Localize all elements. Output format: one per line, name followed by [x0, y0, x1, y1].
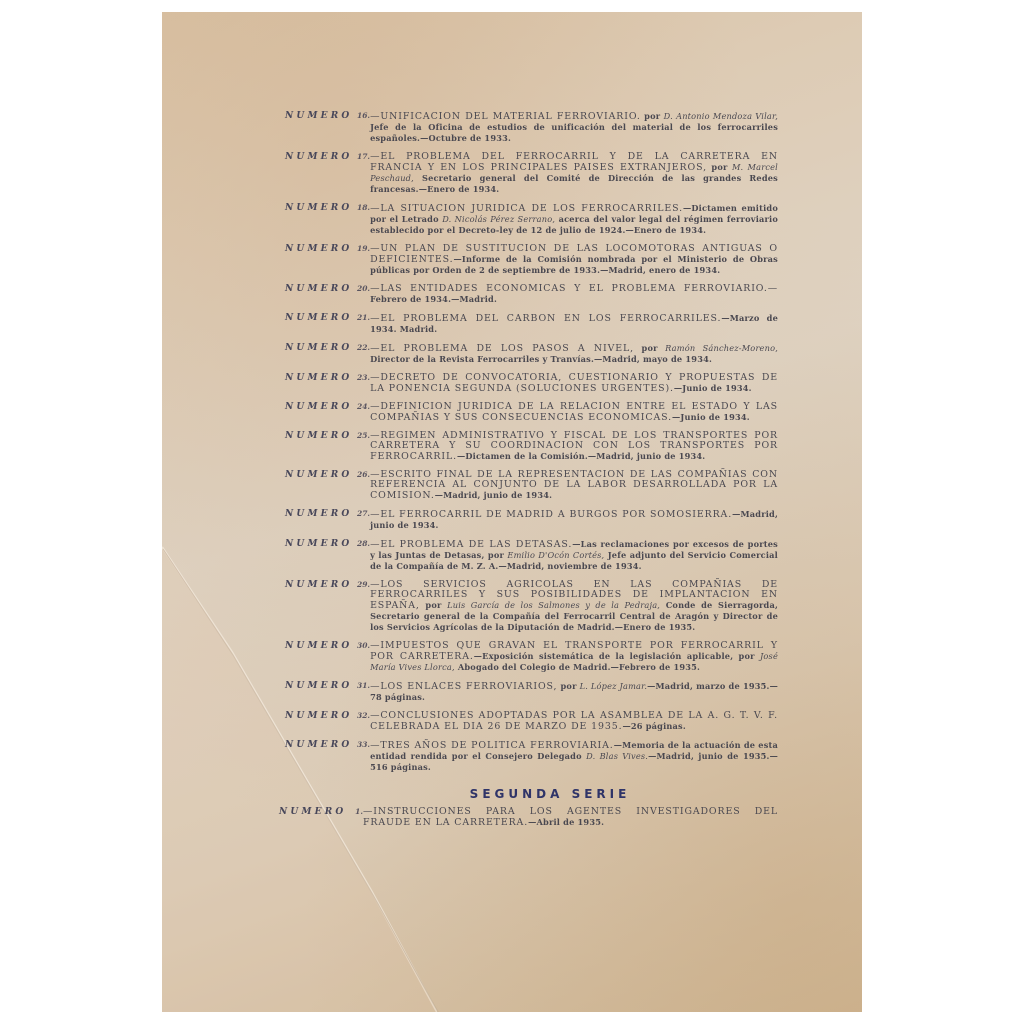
- entry-title: —CONCLUSIONES ADOPTADAS POR LA ASAMBLEA …: [370, 710, 778, 732]
- first-series-entries: NUMERO16.—UNIFICACION DEL MATERIAL FERRO…: [282, 111, 778, 773]
- entry-text: —LA SITUACION JURIDICA DE LOS FERROCARRI…: [370, 203, 778, 236]
- entry-number: 22.: [357, 343, 370, 353]
- entry-text: —LOS ENLACES FERROVIARIOS, por L. López …: [370, 681, 778, 703]
- entry-author: Emilio D'Ocón Cortés,: [507, 550, 604, 560]
- entry-text: —EL PROBLEMA DEL FERROCARRIL Y DE LA CAR…: [370, 152, 778, 195]
- publication-entry: NUMERO22.—EL PROBLEMA DE LOS PASOS A NIV…: [282, 343, 778, 365]
- entry-series-label: NUMERO: [276, 807, 351, 817]
- entry-details: por Luis García de los Salmones y de la …: [370, 600, 778, 632]
- publication-entry: NUMERO31.—LOS ENLACES FERROVIARIOS, por …: [282, 681, 778, 703]
- publication-list: NUMERO16.—UNIFICACION DEL MATERIAL FERRO…: [282, 111, 778, 836]
- entry-number: 28.: [357, 539, 370, 549]
- entry-number: 21.: [357, 313, 370, 323]
- entry-series-label: NUMERO: [282, 111, 357, 121]
- entry-series-label: NUMERO: [282, 539, 357, 549]
- entry-text: —REGIMEN ADMINISTRATIVO Y FISCAL DE LOS …: [370, 431, 778, 462]
- entry-series-label: NUMERO: [282, 470, 357, 480]
- entry-details-prefix: por: [420, 600, 447, 610]
- entry-details-suffix: Director de la Revista Ferrocarriles y T…: [370, 354, 712, 364]
- entry-series-label: NUMERO: [282, 580, 357, 590]
- entry-details: —Junio de 1934.: [674, 383, 752, 393]
- entry-series-label: NUMERO: [282, 641, 357, 651]
- entry-details-suffix: —Junio de 1934.: [674, 383, 752, 393]
- publication-entry: NUMERO32.—CONCLUSIONES ADOPTADAS POR LA …: [282, 711, 778, 732]
- entry-details: —Madrid, junio de 1934.: [435, 490, 552, 500]
- entry-series-label: NUMERO: [282, 284, 357, 294]
- entry-details: —Junio de 1934.: [672, 412, 750, 422]
- entry-number: 18.: [357, 203, 370, 213]
- entry-details-suffix: —Dictamen de la Comisión.—Madrid, junio …: [457, 451, 705, 461]
- entry-number: 27.: [357, 509, 370, 519]
- publication-entry: NUMERO27.—EL FERROCARRIL DE MADRID A BUR…: [282, 509, 778, 531]
- entry-title: —LA SITUACION JURIDICA DE LOS FERROCARRI…: [370, 203, 683, 214]
- entry-text: —CONCLUSIONES ADOPTADAS POR LA ASAMBLEA …: [370, 711, 778, 732]
- entry-details-prefix: —Exposición sistemática de la legislació…: [474, 651, 760, 661]
- entry-details-suffix: Febrero de 1934.—Madrid.: [370, 294, 497, 304]
- entry-details: —26 páginas.: [623, 721, 686, 731]
- entry-author: Ramón Sánchez-Moreno,: [665, 343, 778, 353]
- entry-title: —LOS ENLACES FERROVIARIOS,: [370, 681, 557, 692]
- entry-details: Febrero de 1934.—Madrid.: [370, 294, 497, 304]
- entry-series-label: NUMERO: [282, 343, 357, 353]
- entry-title: —UNIFICACION DEL MATERIAL FERROVIARIO.: [370, 111, 641, 122]
- publication-entry: NUMERO24.—DEFINICION JURIDICA DE LA RELA…: [282, 402, 778, 423]
- entry-details-suffix: Jefe de la Oficina de estudios de unific…: [370, 122, 778, 143]
- entry-number: 26.: [357, 470, 370, 480]
- entry-title: —ESCRITO FINAL DE LA REPRESENTACION DE L…: [370, 469, 778, 501]
- entry-series-label: NUMERO: [282, 373, 357, 383]
- entry-number: 19.: [357, 244, 370, 254]
- entry-details: —Abril de 1935.: [528, 817, 604, 827]
- entry-details-suffix: —26 páginas.: [623, 721, 686, 731]
- entry-details-suffix: Secretario general del Comité de Direcci…: [370, 173, 778, 194]
- entry-text: —INSTRUCCIONES PARA LOS AGENTES INVESTIG…: [363, 807, 778, 828]
- entry-title: —EL FERROCARRIL DE MADRID A BURGOS POR S…: [370, 509, 732, 520]
- publication-entry: NUMERO20.—LAS ENTIDADES ECONOMICAS Y EL …: [282, 284, 778, 305]
- publication-entry: NUMERO28.—EL PROBLEMA DE LAS DETASAS.—La…: [282, 539, 778, 572]
- entry-details-suffix: —Junio de 1934.: [672, 412, 750, 422]
- entry-text: —EL PROBLEMA DE LAS DETASAS.—Las reclama…: [370, 539, 778, 572]
- entry-number: 29.: [357, 580, 370, 590]
- entry-text: —ESCRITO FINAL DE LA REPRESENTACION DE L…: [370, 470, 778, 501]
- entry-details-prefix: por: [557, 681, 579, 691]
- entry-author: L. López Jamar.: [580, 681, 647, 691]
- entry-series-label: NUMERO: [282, 431, 357, 441]
- publication-entry: NUMERO30.—IMPUESTOS QUE GRAVAN EL TRANSP…: [282, 641, 778, 673]
- entry-text: —EL FERROCARRIL DE MADRID A BURGOS POR S…: [370, 509, 778, 531]
- entry-details-prefix: por: [641, 111, 664, 121]
- entry-number: 17.: [357, 152, 370, 162]
- entry-number: 24.: [357, 402, 370, 412]
- entry-details-prefix: por: [707, 162, 732, 172]
- entry-number: 1.: [351, 807, 363, 817]
- entry-text: —LAS ENTIDADES ECONOMICAS Y EL PROBLEMA …: [370, 284, 778, 305]
- entry-title: —EL PROBLEMA DE LOS PASOS A NIVEL,: [370, 343, 634, 354]
- entry-text: —DEFINICION JURIDICA DE LA RELACION ENTR…: [370, 402, 778, 423]
- entry-details-suffix: —Abril de 1935.: [528, 817, 604, 827]
- entry-details: —Dictamen de la Comisión.—Madrid, junio …: [457, 451, 705, 461]
- publication-entry: NUMERO21.—EL PROBLEMA DEL CARBON EN LOS …: [282, 313, 778, 335]
- publication-entry: NUMERO26.—ESCRITO FINAL DE LA REPRESENTA…: [282, 470, 778, 501]
- entry-series-label: NUMERO: [282, 509, 357, 519]
- publication-entry: NUMERO23.—DECRETO DE CONVOCATORIA, CUEST…: [282, 373, 778, 394]
- entry-text: —IMPUESTOS QUE GRAVAN EL TRANSPORTE POR …: [370, 641, 778, 673]
- entry-details-suffix: Abogado del Colegio de Madrid.—Febrero d…: [455, 662, 700, 672]
- entry-author: D. Blas Vives.: [586, 751, 648, 761]
- publication-entry: NUMERO1.—INSTRUCCIONES PARA LOS AGENTES …: [276, 807, 778, 828]
- entry-number: 31.: [357, 681, 370, 691]
- entry-author: D. Nicolás Pérez Serrano,: [442, 214, 555, 224]
- entry-number: 23.: [357, 373, 370, 383]
- entry-number: 30.: [357, 641, 370, 651]
- entry-number: 32.: [357, 711, 370, 721]
- entry-series-label: NUMERO: [282, 681, 357, 691]
- second-series-heading: SEGUNDA SERIE: [282, 787, 778, 801]
- entry-series-label: NUMERO: [282, 740, 357, 750]
- entry-details-prefix: por: [634, 343, 665, 353]
- entry-series-label: NUMERO: [282, 402, 357, 412]
- publication-entry: NUMERO17.—EL PROBLEMA DEL FERROCARRIL Y …: [282, 152, 778, 195]
- entry-text: —TRES AÑOS DE POLITICA FERROVIARIA.—Memo…: [370, 740, 778, 773]
- entry-number: 33.: [357, 740, 370, 750]
- entry-text: —EL PROBLEMA DEL CARBON EN LOS FERROCARR…: [370, 313, 778, 335]
- entry-details-suffix: —Madrid, junio de 1934.: [435, 490, 552, 500]
- entry-series-label: NUMERO: [282, 711, 357, 721]
- entry-title: —EL PROBLEMA DE LAS DETASAS.: [370, 539, 572, 550]
- entry-text: —UNIFICACION DEL MATERIAL FERROVIARIO. p…: [370, 111, 778, 144]
- entry-series-label: NUMERO: [282, 244, 357, 254]
- entry-text: —UN PLAN DE SUSTITUCION DE LAS LOCOMOTOR…: [370, 244, 778, 276]
- publication-entry: NUMERO18.—LA SITUACION JURIDICA DE LOS F…: [282, 203, 778, 236]
- entry-number: 20.: [357, 284, 370, 294]
- entry-author: D. Antonio Mendoza Vilar,: [664, 111, 778, 121]
- publication-entry: NUMERO29.—LOS SERVICIOS AGRICOLAS EN LAS…: [282, 580, 778, 633]
- entry-series-label: NUMERO: [282, 203, 357, 213]
- document-page: NUMERO16.—UNIFICACION DEL MATERIAL FERRO…: [162, 12, 862, 1012]
- entry-number: 16.: [357, 111, 370, 121]
- entry-title: —LAS ENTIDADES ECONOMICAS Y EL PROBLEMA …: [370, 283, 778, 294]
- publication-entry: NUMERO33.—TRES AÑOS DE POLITICA FERROVIA…: [282, 740, 778, 773]
- entry-text: —DECRETO DE CONVOCATORIA, CUESTIONARIO Y…: [370, 373, 778, 394]
- entry-text: —EL PROBLEMA DE LOS PASOS A NIVEL, por R…: [370, 343, 778, 365]
- entry-series-label: NUMERO: [282, 152, 357, 162]
- publication-entry: NUMERO19.—UN PLAN DE SUSTITUCION DE LAS …: [282, 244, 778, 276]
- entry-title: —TRES AÑOS DE POLITICA FERROVIARIA.: [370, 740, 614, 751]
- entry-series-label: NUMERO: [282, 313, 357, 323]
- entry-title: —EL PROBLEMA DEL CARBON EN LOS FERROCARR…: [370, 313, 721, 324]
- entry-author: Luis García de los Salmones y de la Pedr…: [447, 600, 660, 610]
- entry-number: 25.: [357, 431, 370, 441]
- publication-entry: NUMERO16.—UNIFICACION DEL MATERIAL FERRO…: [282, 111, 778, 144]
- publication-entry: NUMERO25.—REGIMEN ADMINISTRATIVO Y FISCA…: [282, 431, 778, 462]
- entry-text: —LOS SERVICIOS AGRICOLAS EN LAS COMPAÑIA…: [370, 580, 778, 633]
- second-series-entries: NUMERO1.—INSTRUCCIONES PARA LOS AGENTES …: [282, 807, 778, 828]
